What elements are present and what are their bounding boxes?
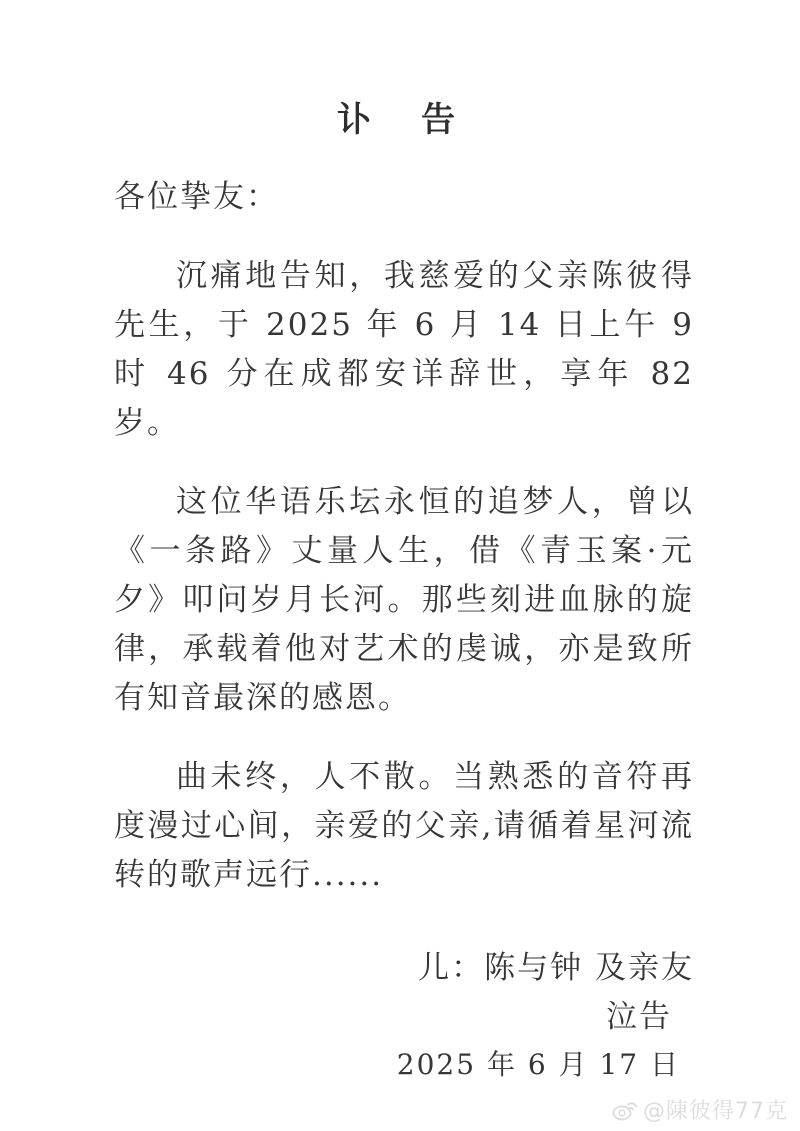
salutation: 各位挚友： (114, 173, 694, 222)
signature-block: 儿：陈与钟 及亲友 泣告 2025 年 6 月 17 日 (114, 944, 694, 1088)
paragraph-death-announcement: 沉痛地告知，我慈爱的父亲陈彼得先生，于 2025 年 6 月 14 日上午 9 … (114, 252, 694, 448)
signature-mourning-line: 泣告 (114, 993, 672, 1042)
signature-family-line: 儿：陈与钟 及亲友 (114, 944, 694, 993)
obituary-page: 讣 告 各位挚友： 沉痛地告知，我慈爱的父亲陈彼得先生，于 2025 年 6 月… (0, 0, 800, 1131)
watermark: @陳彼得77克 (612, 1094, 788, 1125)
watermark-text: @陳彼得77克 (643, 1094, 788, 1125)
signature-date: 2025 年 6 月 17 日 (114, 1042, 680, 1088)
paragraph-farewell: 曲未终，人不散。当熟悉的音符再度漫过心间，亲爱的父亲,请循着星河流转的歌声远行.… (114, 753, 694, 900)
page-title: 讣 告 (0, 92, 800, 141)
paragraph-tribute: 这位华语乐坛永恒的追梦人，曾以《一条路》丈量人生，借《青玉案·元夕》叩问岁月长河… (114, 478, 694, 723)
weibo-icon (612, 1099, 638, 1121)
obituary-body: 各位挚友： 沉痛地告知，我慈爱的父亲陈彼得先生，于 2025 年 6 月 14 … (0, 173, 800, 1088)
